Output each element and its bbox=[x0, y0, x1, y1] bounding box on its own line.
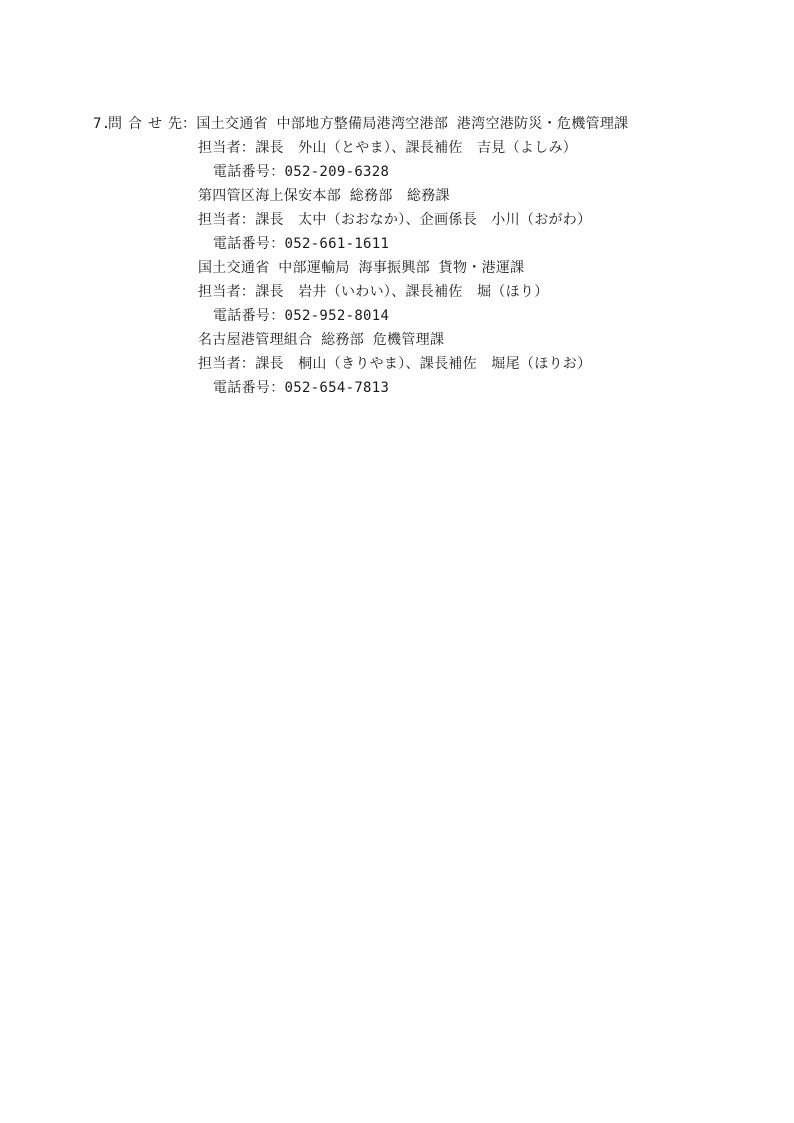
contact-phone-line: 電話番号：052-209-6328 bbox=[198, 160, 754, 184]
contact-person-line: 担当者：課長 岩井（いわい）、課長補佐 堀（ほり） bbox=[198, 280, 754, 304]
contact-org-name: 国土交通省 中部地方整備局港湾空港部 港湾空港防災・危機管理課 bbox=[196, 116, 628, 132]
contact-phone-line: 電話番号：052-654-7813 bbox=[198, 376, 754, 400]
inquiry-contact-section: 7.問合せ先：国土交通省 中部地方整備局港湾空港部 港湾空港防災・危機管理課 担… bbox=[93, 112, 754, 400]
document-page: 7.問合せ先：国土交通省 中部地方整備局港湾空港部 港湾空港防災・危機管理課 担… bbox=[0, 0, 794, 1123]
contact-person-line: 担当者：課長 桐山（きりやま）、課長補佐 堀尾（ほりお） bbox=[198, 352, 754, 376]
item-number: 7. bbox=[93, 112, 108, 136]
contact-list: 担当者：課長 外山（とやま）、課長補佐 吉見（よしみ） 電話番号：052-209… bbox=[198, 136, 754, 400]
contact-phone-line: 電話番号：052-661-1611 bbox=[198, 232, 754, 256]
inquiry-label: 問合せ先 bbox=[108, 116, 188, 132]
contact-phone-line: 電話番号：052-952-8014 bbox=[198, 304, 754, 328]
contact-org-name: 国土交通省 中部運輸局 海事振興部 貨物・港運課 bbox=[198, 256, 754, 280]
inquiry-heading-line: 7.問合せ先：国土交通省 中部地方整備局港湾空港部 港湾空港防災・危機管理課 bbox=[93, 112, 754, 136]
contact-org-name: 名古屋港管理組合 総務部 危機管理課 bbox=[198, 328, 754, 352]
label-colon: ： bbox=[182, 116, 196, 132]
contact-person-line: 担当者：課長 外山（とやま）、課長補佐 吉見（よしみ） bbox=[198, 136, 754, 160]
contact-org-name: 第四管区海上保安本部 総務部 総務課 bbox=[198, 184, 754, 208]
contact-person-line: 担当者：課長 太中（おおなか）、企画係長 小川（おがわ） bbox=[198, 208, 754, 232]
